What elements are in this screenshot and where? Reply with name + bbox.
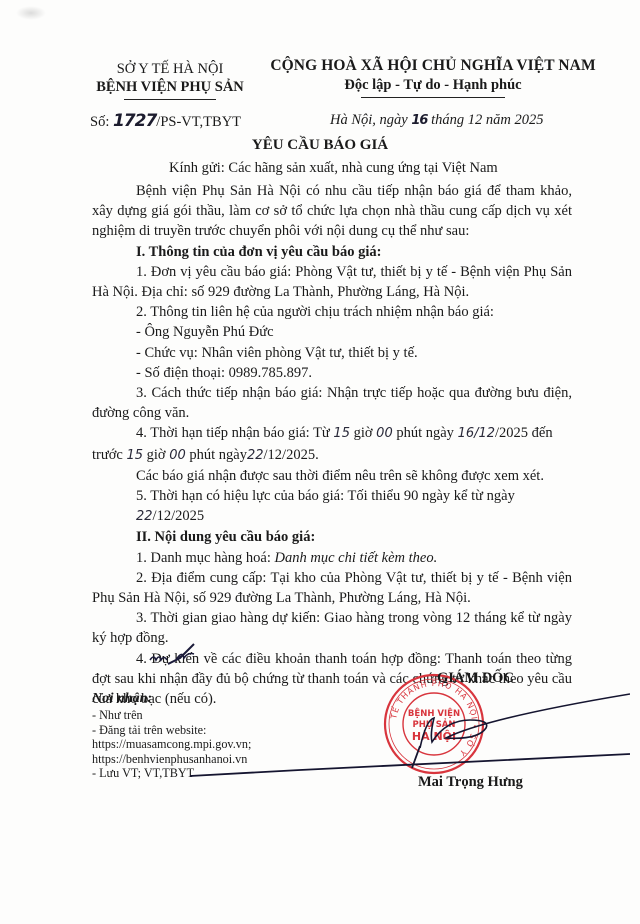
issuer-name: BỆNH VIỆN PHỤ SẢN — [80, 78, 260, 96]
section1-item2: 2. Thông tin liên hệ của người chịu trác… — [92, 302, 572, 322]
intro-paragraph: Bệnh viện Phụ Sản Hà Nội có nhu cầu tiếp… — [92, 181, 572, 242]
section1-note: Các báo giá nhận được sau thời điểm nêu … — [92, 466, 572, 486]
contact-name: - Ông Nguyễn Phú Đức — [92, 322, 572, 342]
document-number: Số: 1727/PS-VT,TBYT — [90, 111, 241, 131]
signer-name: Mai Trọng Hưng — [418, 774, 523, 791]
motto: Độc lập - Tự do - Hạnh phúc — [268, 76, 598, 94]
section1-item1: 1. Đơn vị yêu cầu báo giá: Phòng Vật tư,… — [92, 262, 572, 302]
document-page: SỞ Y TẾ HÀ NỘI BỆNH VIỆN PHỤ SẢN CỘNG HO… — [0, 0, 640, 924]
country-name: CỘNG HOÀ XÃ HỘI CHỦ NGHĨA VIỆT NAM — [268, 56, 598, 76]
motto-underline — [361, 97, 505, 98]
handwritten-doc-number: 1727 — [113, 111, 156, 131]
signer-title: GIÁM ĐỐC — [437, 670, 514, 687]
scan-artifact — [16, 6, 46, 20]
initials-scribble — [146, 640, 226, 670]
issue-date: Hà Nội, ngày 16 tháng 12 năm 2025 — [330, 112, 543, 129]
section1-item3: 3. Cách thức tiếp nhận báo giá: Nhận trự… — [92, 383, 572, 423]
handwritten-day: 16 — [411, 113, 427, 128]
issuer-parent: SỞ Y TẾ HÀ NỘI — [80, 60, 260, 78]
issuer-header: SỞ Y TẾ HÀ NỘI BỆNH VIỆN PHỤ SẢN — [80, 60, 260, 100]
national-header: CỘNG HOÀ XÃ HỘI CHỦ NGHĨA VIỆT NAM Độc l… — [268, 56, 598, 98]
document-body: Bệnh viện Phụ Sản Hà Nội có nhu cầu tiếp… — [92, 181, 572, 709]
section2-heading: II. Nội dung yêu cầu báo giá: — [92, 527, 572, 547]
director-signature — [130, 690, 630, 780]
issuer-underline — [124, 99, 216, 100]
section2-item2: 2. Địa điểm cung cấp: Tại kho của Phòng … — [92, 568, 572, 608]
section2-item1: 1. Danh mục hàng hoá: Danh mục chi tiết … — [92, 548, 572, 568]
section1-heading: I. Thông tin của đơn vị yêu cầu báo giá: — [92, 242, 572, 262]
contact-phone: - Số điện thoại: 0989.785.897. — [92, 363, 572, 383]
section1-item5: 5. Thời hạn có hiệu lực của báo giá: Tối… — [92, 486, 572, 527]
section1-item4: 4. Thời hạn tiếp nhận báo giá: Từ 15 giờ… — [92, 423, 572, 465]
document-title: YÊU CẦU BÁO GIÁ — [0, 137, 640, 154]
contact-position: - Chức vụ: Nhân viên phòng Vật tư, thiết… — [92, 343, 572, 363]
greeting: Kính gửi: Các hãng sản xuất, nhà cung ứn… — [169, 160, 498, 177]
